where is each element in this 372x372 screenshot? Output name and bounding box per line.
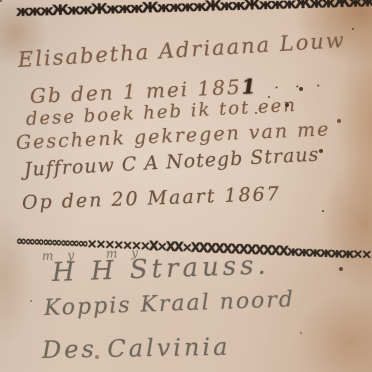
photo-of-manuscript-page: ll of lo f ul жжжЖжжЖжжжЖжжжжЖжжЖжжжЖжжЖ…: [0, 0, 372, 372]
pencil-line-farm: Koppis Kraal noord: [44, 287, 296, 321]
ink-dots: · · ·: [274, 78, 327, 96]
ink-line-name: Elisabetha Adriaana Louw: [17, 28, 346, 72]
pencil-signature: H H Strauss.: [51, 250, 270, 288]
foxing-specks: [0, 0, 2, 2]
pasted-note-paper: жжжЖжжЖжжжЖжжжжЖжжЖжжжЖжжЖжжжЖжЖжжжЖжжЖж…: [0, 0, 372, 372]
ink-blot-digit: 1: [241, 74, 258, 99]
ink-border-ornament-top: жжжЖжжЖжжжЖжжжжЖжжЖжжжЖжжЖжжжЖжЖжжжЖжжЖж…: [16, 0, 372, 20]
ink-line-date-1867: Op den 20 Maart 1867: [22, 183, 282, 214]
pencil-line-district: Des Calvinia: [42, 333, 231, 364]
